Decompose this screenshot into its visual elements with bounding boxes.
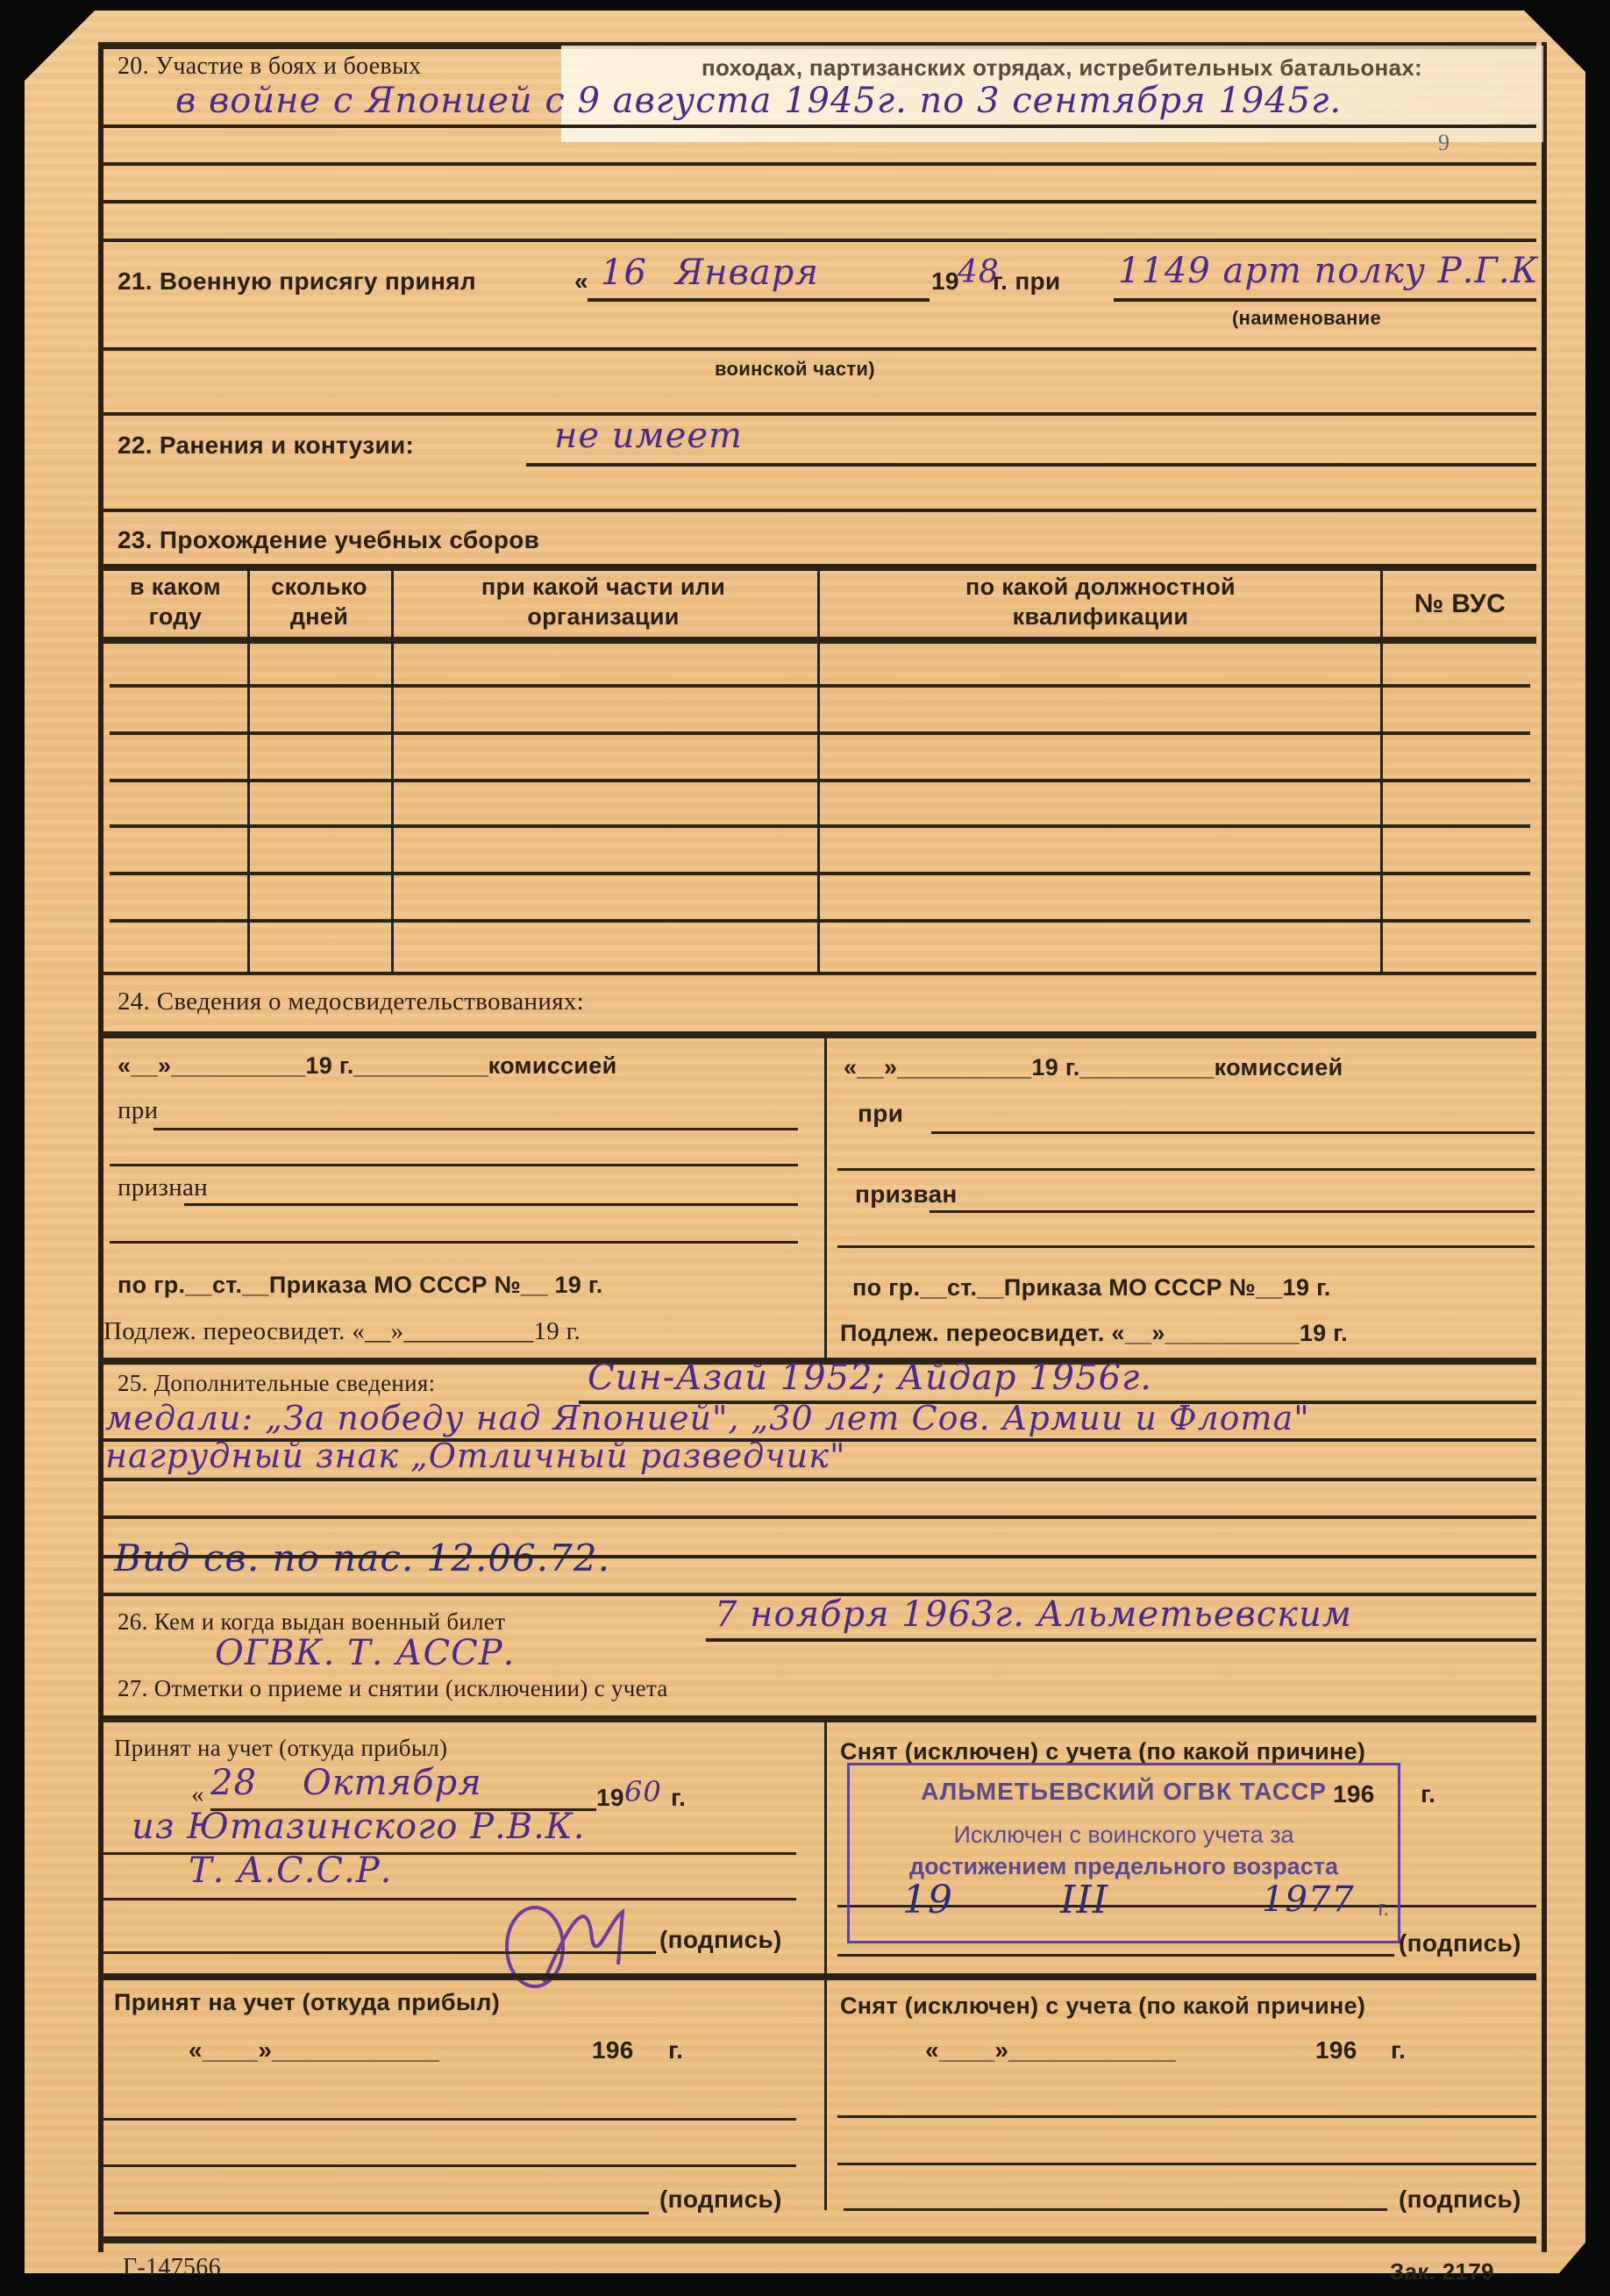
- left-pri-line: [153, 1128, 798, 1130]
- stamp-day: 19: [902, 1878, 953, 1922]
- s20-margin-mark: 9: [1438, 130, 1450, 156]
- s25-underline-3: [103, 1478, 1536, 1481]
- right-order-line: по гр.__ст.__Приказа МО СССР №__19 г.: [852, 1274, 1331, 1301]
- col-header-qualification: по какой должностной квалификации: [820, 572, 1381, 631]
- s27-top-line: [103, 1715, 1536, 1722]
- s21-label: 21. Военную присягу принял: [118, 267, 476, 296]
- removed-line-2b: [837, 2163, 1536, 2165]
- right-result-label: призван: [855, 1180, 958, 1209]
- left-line-2: [110, 1164, 798, 1166]
- col-header-year: в каком году: [105, 572, 246, 631]
- stamp-line3: достижением предельного возраста: [850, 1853, 1398, 1880]
- removed-year-suffix-1: г.: [1421, 1780, 1435, 1808]
- accepted-date-open-1: «: [191, 1780, 204, 1809]
- removed-signature-caption-1: (подпись): [1399, 1929, 1521, 1957]
- s25-label: 25. Дополнительные сведения:: [118, 1370, 435, 1397]
- s24-top-line: [103, 1031, 1536, 1038]
- accepted-from-line1: из Ютазинского Р.В.К.: [132, 1807, 586, 1847]
- accepted-month-1: Октября: [303, 1763, 482, 1803]
- col-divider-3: [817, 568, 820, 973]
- s27-divider: [824, 1719, 827, 2210]
- s21-top-line: [103, 239, 1536, 242]
- removed-signature-line-2: [844, 2208, 1387, 2211]
- s21-year-prefix: 19: [931, 267, 959, 296]
- right-line-2: [837, 1168, 1535, 1171]
- table-row: [110, 684, 1530, 688]
- removed-label-1: Снят (исключен) с учета (по какой причин…: [840, 1738, 1365, 1765]
- accepted-year-suffix-1: г.: [671, 1784, 686, 1812]
- s27-middle-line: [103, 1973, 1536, 1980]
- left-result-line: [184, 1203, 798, 1206]
- s22-label: 22. Ранения и контузии:: [118, 431, 414, 460]
- s25-underline-5: [103, 1555, 1536, 1558]
- s24-label: 24. Сведения о медосвидетельствованиях:: [118, 988, 584, 1016]
- left-date-line: «__»__________19 г.__________комиссией: [118, 1052, 616, 1080]
- s21-day: 16: [601, 253, 647, 293]
- removed-date-template-2: «____»____________: [925, 2036, 1176, 2064]
- accepted-label-1: Принят на учет (откуда прибыл): [114, 1735, 447, 1762]
- s22-line-2: [103, 509, 1536, 512]
- footer-order-number: Зак. 2179: [1390, 2258, 1494, 2285]
- col-divider-2: [391, 568, 394, 973]
- s21-caption-1: (наименование: [1232, 307, 1381, 330]
- right-recheck-line: Подлеж. переосвидет. «__»__________19 г.: [840, 1320, 1348, 1347]
- s25-underline-4: [103, 1515, 1536, 1519]
- form-bottom-line: [103, 2236, 1536, 2243]
- s26-label: 26. Кем и когда выдан военный билет: [118, 1608, 505, 1636]
- s20-label: 20. Участие в боях и боевых: [118, 53, 421, 81]
- table-row: [110, 779, 1530, 782]
- s21-line-2: [103, 347, 1536, 351]
- s22-underline: [526, 463, 1536, 467]
- accepted-date-template-2: «____»____________: [189, 2036, 439, 2064]
- s20-line-3: [103, 200, 1536, 203]
- left-pri: при: [118, 1096, 158, 1125]
- col-divider-4: [1380, 568, 1383, 973]
- col-header-days: сколько дней: [249, 572, 389, 631]
- s27-label: 27. Отметки о приеме и снятии (исключени…: [118, 1675, 668, 1702]
- removed-line-2a: [837, 2115, 1536, 2118]
- s26-value-line1: 7 ноября 1963г. Альметьевским: [715, 1594, 1352, 1635]
- stamp-year-suffix: г.: [1378, 1897, 1390, 1922]
- s21-unit-underline: [1114, 298, 1536, 302]
- stamp-month: III: [1060, 1878, 1108, 1922]
- accepted-label-2: Принят на учет (откуда прибыл): [114, 1989, 500, 2016]
- accepted-signature-caption-2: (подпись): [659, 2185, 782, 2214]
- right-pri: при: [858, 1100, 903, 1128]
- table-row: [110, 731, 1530, 735]
- s20-line-2: [103, 162, 1536, 166]
- s23-label: 23. Прохождение учебных сборов: [118, 526, 539, 554]
- stamp-year: 1977: [1262, 1879, 1355, 1920]
- s25-line2: медали: „За победу над Японией", „30 лет…: [105, 1399, 1310, 1437]
- s20-label-tail: походах, партизанских отрядах, истребите…: [702, 54, 1422, 82]
- s21-month: Января: [675, 253, 819, 293]
- accepted-from-underline-2: [103, 1898, 796, 1900]
- footer-form-number: Г-147566: [123, 2254, 221, 2282]
- left-recheck-line: Подлеж. переосвидет. «__»__________19 г.: [103, 1317, 581, 1346]
- accepted-from-line2: Т. А.С.С.Р.: [189, 1850, 392, 1891]
- accepted-signature-line-2: [114, 2212, 649, 2214]
- accepted-line-2b: [103, 2164, 796, 2167]
- right-date-line: «__»__________19 г.__________комиссией: [844, 1054, 1343, 1081]
- removed-signature-line-1: [837, 1954, 1394, 1957]
- right-pri-line: [931, 1131, 1535, 1134]
- removed-year-suffix-2: г.: [1391, 2036, 1406, 2064]
- accepted-signature-line-1: [103, 1951, 656, 1954]
- right-line-3: [837, 1245, 1535, 1248]
- accepted-year-prefix-2: 196: [592, 2036, 634, 2064]
- table-header-bottom: [103, 637, 1536, 644]
- s21-date-underline: [588, 298, 930, 302]
- s22-top-line: [103, 412, 1536, 416]
- accepted-day-1: 28: [210, 1763, 257, 1803]
- col-header-vus: № ВУС: [1386, 589, 1535, 619]
- accepted-year-prefix-1: 19: [596, 1784, 624, 1812]
- deregistration-stamp: АЛЬМЕТЬЕВСКИЙ ОГВК ТАССР Исключен с воин…: [847, 1763, 1400, 1943]
- s21-unit: 1149 арт полку Р.Г.К: [1118, 251, 1539, 291]
- s25-line3: нагрудный знак „Отличный разведчик": [105, 1437, 845, 1475]
- removed-year-prefix-2: 196: [1315, 2036, 1357, 2064]
- stamp-line2: Исключен с воинского учета за: [850, 1822, 1398, 1849]
- left-line-3: [110, 1241, 798, 1244]
- accepted-line-2a: [103, 2118, 796, 2121]
- s26-underline: [706, 1638, 1536, 1642]
- s21-open-quote: «: [574, 267, 588, 296]
- s21-caption-2: воинской части): [715, 358, 875, 381]
- s23-table-top: [103, 564, 1536, 571]
- s20-line-1: [103, 125, 1536, 128]
- s20-value: в войне с Японией с 9 августа 1945г. по …: [175, 81, 1342, 121]
- removed-signature-caption-2: (подпись): [1399, 2185, 1521, 2214]
- accepted-year-value-1: 60: [624, 1775, 662, 1808]
- col-header-unit: при какой части или организации: [393, 572, 814, 631]
- accepted-signature-caption-1: (подпись): [659, 1926, 782, 1954]
- s26-value-line2: ОГВК. Т. АССР.: [215, 1633, 515, 1673]
- s25-line1: Син-Азай 1952; Айдар 1956г.: [588, 1358, 1152, 1398]
- table-row: [110, 919, 1530, 923]
- left-result-label: признан: [118, 1173, 208, 1202]
- accepted-year-suffix-2: г.: [668, 2036, 683, 2064]
- right-result-line: [930, 1210, 1535, 1213]
- col-divider-1: [247, 568, 250, 973]
- stamp-line1: АЛЬМЕТЬЕВСКИЙ ОГВК ТАССР: [850, 1778, 1398, 1806]
- left-order-line: по гр.__ст.__Приказа МО СССР №__ 19 г.: [118, 1272, 603, 1299]
- table-bottom: [103, 972, 1536, 975]
- s24-divider: [824, 1035, 827, 1358]
- table-row: [110, 872, 1530, 875]
- table-row: [110, 824, 1530, 828]
- s22-value: не имеет: [554, 416, 743, 456]
- removed-label-2: Снят (исключен) с учета (по какой причин…: [840, 1993, 1365, 2020]
- s21-year-suffix: г. при: [993, 267, 1060, 296]
